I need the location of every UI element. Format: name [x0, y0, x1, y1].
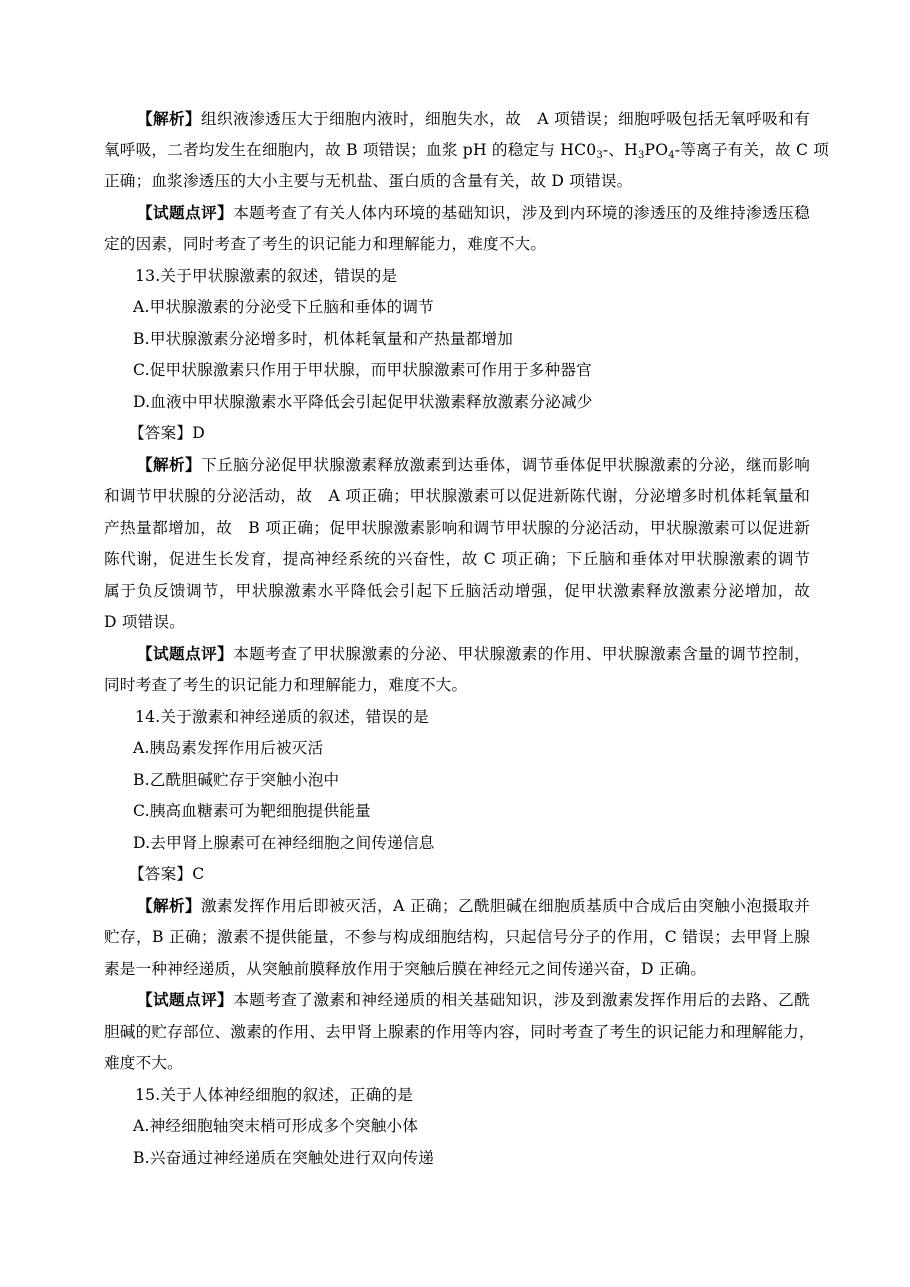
q13-option-a: A.甲状腺激素的分泌受下丘脑和垂体的调节	[133, 292, 839, 323]
q13-analysis-line-6: D 项错误。	[104, 607, 810, 638]
text: 组织液渗透压大于细胞内液时，细胞失水，故 A 项错误；细胞呼吸包括无氧呼吸和有	[201, 110, 810, 128]
text: 下丘脑分泌促甲状腺激素释放激素到达垂体，调节垂体促甲状腺激素的分泌，继而影响	[201, 456, 810, 474]
text: 激素发挥作用后即被灭活，A 正确；乙酰胆碱在细胞质基质中合成后由突触小泡摄取并	[201, 897, 810, 915]
q14-analysis-line-2: 贮存，B 正确；激素不提供能量，不参与构成细胞结构，只起信号分子的作用，C 错误…	[104, 922, 810, 953]
text: 本题考查了有关人体内环境的基础知识，涉及到内环境的渗透压的及维持渗透压稳	[233, 204, 810, 222]
answer-value: D	[192, 424, 205, 442]
q12-analysis-line-3: 正确；血浆渗透压的大小主要与无机盐、蛋白质的含量有关，故 D 项错误。	[104, 166, 810, 197]
q13-stem: 13.关于甲状腺激素的叙述，错误的是	[135, 261, 808, 292]
q13-option-d: D.血液中甲状腺激素水平降低会引起促甲状激素释放激素分泌减少	[133, 387, 839, 418]
q13-comment-line-1: 【试题点评】本题考查了甲状腺激素的分泌、甲状腺激素的作用、甲状腺激素含量的调节控…	[137, 639, 810, 670]
q13-comment-line-2: 同时考查了考生的识记能力和理解能力，难度不大。	[104, 670, 810, 701]
q14-comment-line-1: 【试题点评】本题考查了激素和神经递质的相关基础知识，涉及到激素发挥作用后的去路、…	[137, 985, 810, 1016]
text: -等离子有关，故 C 项	[675, 141, 829, 159]
q15-stem: 15.关于人体神经细胞的叙述，正确的是	[135, 1080, 808, 1111]
answer-tag: 【答案】	[129, 865, 192, 883]
analysis-tag: 【解析】	[137, 110, 201, 128]
q13-analysis-line-2: 和调节甲状腺的分泌活动，故 A 项正确；甲状腺激素可以促进新陈代谢，分泌增多时机…	[104, 481, 810, 512]
text: -、H	[603, 141, 638, 159]
comment-tag: 【试题点评】	[137, 991, 233, 1009]
comment-tag: 【试题点评】	[137, 645, 233, 663]
comment-tag: 【试题点评】	[137, 204, 233, 222]
q14-comment-line-3: 难度不大。	[104, 1048, 810, 1079]
q13-analysis-line-5: 属于负反馈调节，甲状腺激素水平降低会引起下丘脑活动增强，促甲状激素释放激素分泌增…	[104, 576, 810, 607]
q13-analysis-line-4: 陈代谢，促进生长发育，提高神经系统的兴奋性，故 C 项正确；下丘脑和垂体对甲状腺…	[104, 544, 810, 575]
text: 氧呼吸，二者均发生在细胞内，故 B 项错误；血浆 pH 的稳定与 HC0	[104, 141, 596, 159]
q13-option-c: C.促甲状腺激素只作用于甲状腺，而甲状腺激素可作用于多种器官	[133, 355, 839, 386]
q15-option-a: A.神经细胞轴突末梢可形成多个突触小体	[133, 1111, 839, 1142]
q14-option-b: B.乙酰胆碱贮存于突触小泡中	[133, 765, 839, 796]
answer-value: C	[192, 865, 204, 883]
q13-analysis-line-1: 【解析】下丘脑分泌促甲状腺激素释放激素到达垂体，调节垂体促甲状腺激素的分泌，继而…	[137, 450, 810, 481]
text: 本题考查了甲状腺激素的分泌、甲状腺激素的作用、甲状腺激素含量的调节控制，	[233, 645, 810, 663]
q14-answer: 【答案】C	[129, 859, 835, 890]
analysis-tag: 【解析】	[137, 456, 201, 474]
analysis-tag: 【解析】	[137, 897, 201, 915]
q13-analysis-line-3: 产热量都增加，故 B 项正确；促甲状腺激素影响和调节甲状腺的分泌活动，甲状腺激素…	[104, 513, 810, 544]
q14-option-c: C.胰高血糖素可为靶细胞提供能量	[133, 796, 839, 827]
q15-option-b: B.兴奋通过神经递质在突触处进行双向传递	[133, 1143, 839, 1174]
document-page: 【解析】组织液渗透压大于细胞内液时，细胞失水，故 A 项错误；细胞呼吸包括无氧呼…	[0, 0, 910, 1287]
q14-comment-line-2: 胆碱的贮存部位、激素的作用、去甲肾上腺素的作用等内容，同时考查了考生的识记能力和…	[104, 1017, 810, 1048]
q14-stem: 14.关于激素和神经递质的叙述，错误的是	[135, 702, 808, 733]
q14-analysis-line-3: 素是一种神经递质，从突触前膜释放作用于突触后膜在神经元之间传递兴奋，D 正确。	[104, 954, 810, 985]
q12-comment-line-2: 定的因素，同时考查了考生的识记能力和理解能力，难度不大。	[104, 229, 810, 260]
q14-option-d: D.去甲肾上腺素可在神经细胞之间传递信息	[133, 828, 839, 859]
q14-option-a: A.胰岛素发挥作用后被灭活	[133, 733, 839, 764]
q13-answer: 【答案】D	[129, 418, 835, 449]
text: 本题考查了激素和神经递质的相关基础知识，涉及到激素发挥作用后的去路、乙酰	[233, 991, 810, 1009]
q14-analysis-line-1: 【解析】激素发挥作用后即被灭活，A 正确；乙酰胆碱在细胞质基质中合成后由突触小泡…	[137, 891, 810, 922]
q13-option-b: B.甲状腺激素分泌增多时，机体耗氧量和产热量都增加	[133, 324, 839, 355]
q12-comment-line-1: 【试题点评】本题考查了有关人体内环境的基础知识，涉及到内环境的渗透压的及维持渗透…	[137, 198, 810, 229]
text: PO	[645, 141, 669, 159]
answer-tag: 【答案】	[129, 424, 192, 442]
q12-analysis-line-2: 氧呼吸，二者均发生在细胞内，故 B 项错误；血浆 pH 的稳定与 HC03-、H…	[104, 135, 810, 166]
q12-analysis-line-1: 【解析】组织液渗透压大于细胞内液时，细胞失水，故 A 项错误；细胞呼吸包括无氧呼…	[137, 104, 810, 135]
